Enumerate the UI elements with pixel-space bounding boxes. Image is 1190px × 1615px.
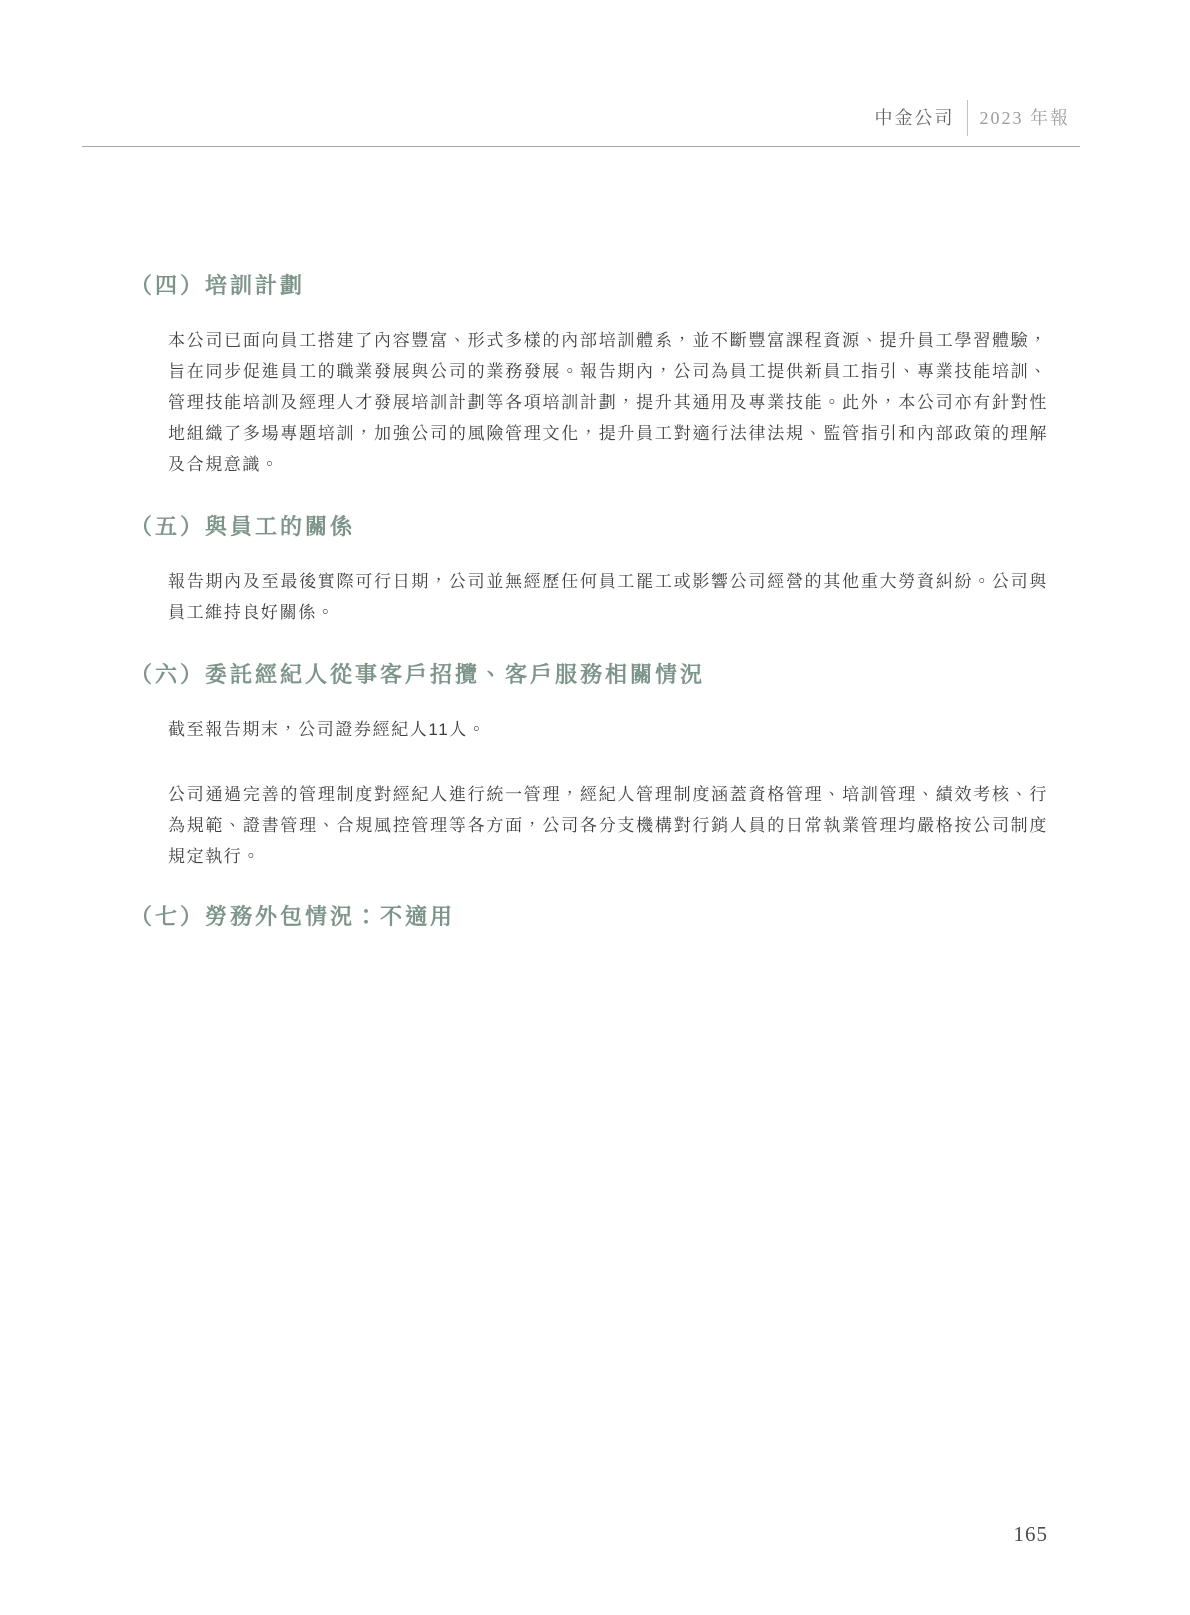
report-page: 中金公司 2023 年報 （四）培訓計劃 本公司已面向員工搭建了內容豐富、形式多… bbox=[0, 0, 1190, 1615]
header-right-block: 中金公司 2023 年報 bbox=[82, 100, 1070, 136]
page-number: 165 bbox=[1014, 1522, 1049, 1547]
section-training-plan: （四）培訓計劃 本公司已面向員工搭建了內容豐富、形式多樣的內部培訓體系，並不斷豐… bbox=[130, 271, 1048, 480]
section-broker-agents: （六）委託經紀人從事客戶招攬、客戶服務相關情況 截至報告期末，公司證券經紀人11… bbox=[130, 660, 1048, 872]
header-divider bbox=[967, 100, 968, 136]
section-employee-relations: （五）與員工的關係 報告期內及至最後實際可行日期，公司並無經歷任何員工罷工或影響… bbox=[130, 512, 1048, 628]
section-heading-training-plan: （四）培訓計劃 bbox=[130, 271, 1048, 301]
page-content: （四）培訓計劃 本公司已面向員工搭建了內容豐富、形式多樣的內部培訓體系，並不斷豐… bbox=[130, 271, 1048, 932]
paragraph-employee-relations: 報告期內及至最後實際可行日期，公司並無經歷任何員工罷工或影響公司經營的其他重大勞… bbox=[168, 566, 1048, 628]
paragraph-broker-agents-management: 公司通過完善的管理制度對經紀人進行統一管理，經紀人管理制度涵蓋資格管理、培訓管理… bbox=[168, 779, 1048, 872]
report-year-title: 2023 年報 bbox=[980, 104, 1071, 132]
header-rule bbox=[82, 146, 1080, 147]
company-name: 中金公司 bbox=[875, 104, 955, 132]
section-labor-outsourcing: （七）勞務外包情況：不適用 bbox=[130, 902, 1048, 932]
paragraph-broker-agents-count: 截至報告期末，公司證券經紀人11人。 bbox=[168, 714, 1048, 745]
section-heading-employee-relations: （五）與員工的關係 bbox=[130, 512, 1048, 542]
section-heading-broker-agents: （六）委託經紀人從事客戶招攬、客戶服務相關情況 bbox=[130, 660, 1048, 690]
paragraph-training-plan: 本公司已面向員工搭建了內容豐富、形式多樣的內部培訓體系，並不斷豐富課程資源、提升… bbox=[168, 325, 1048, 480]
page-header: 中金公司 2023 年報 bbox=[82, 0, 1080, 147]
section-heading-labor-outsourcing: （七）勞務外包情況：不適用 bbox=[130, 902, 1048, 932]
